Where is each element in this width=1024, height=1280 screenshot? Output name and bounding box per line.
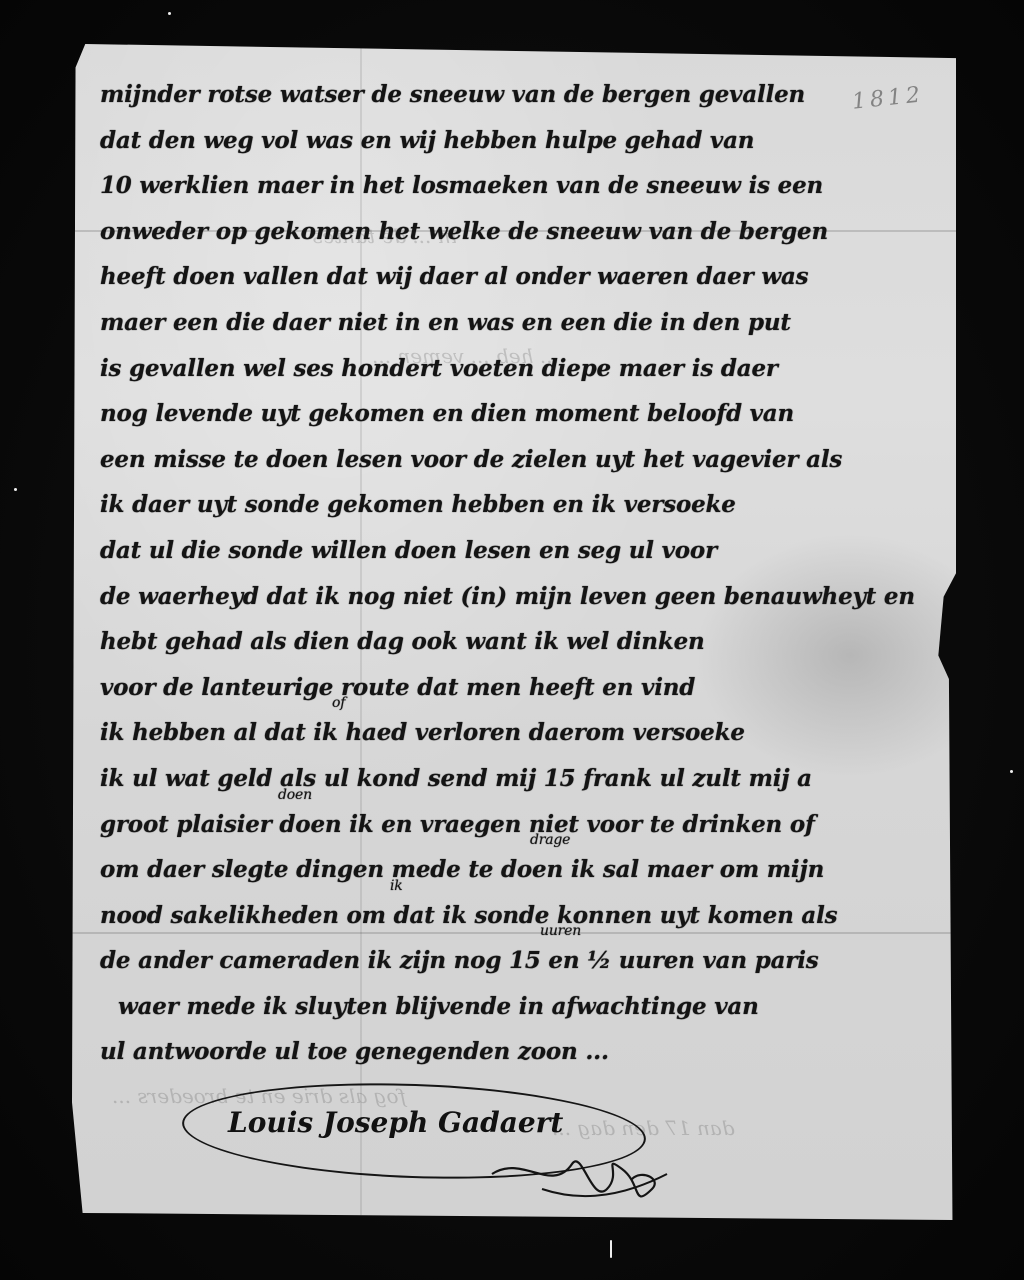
letter-body: mijnder rotse watser de sneeuw van de be… [100, 72, 880, 1075]
letter-paper: fog als drie en te broeders ... dan 17 d… [72, 44, 956, 1220]
dust-speck [610, 1240, 612, 1258]
signature-paraph-icon [482, 1134, 672, 1214]
letter-line: ul antwoorde ul toe genegenden zoon ... [100, 1029, 880, 1075]
letter-line: ik nood sakelikheden om dat ik sonde kon… [100, 893, 880, 939]
letter-line: maer een die daer niet in en was en een … [100, 300, 880, 346]
letter-line: of ik hebben al dat ik haed verloren dae… [100, 710, 880, 756]
letter-line: waer mede ik sluyten blijvende in afwach… [100, 984, 880, 1030]
letter-line: uuren de ander cameraden ik zijn nog 15 … [100, 938, 880, 984]
letter-line: voor de lanteurige route dat men heeft e… [100, 665, 880, 711]
interlinear-insertion: uuren [540, 924, 581, 938]
signature: Louis Joseph Gadaert [182, 1084, 652, 1204]
letter-line: onweder op gekomen het welke de sneeuw v… [100, 209, 880, 255]
letter-line: hebt gehad als dien dag ook want ik wel … [100, 619, 880, 665]
letter-line: doen groot plaisier doen ik en vraegen n… [100, 802, 880, 848]
letter-line: dat den weg vol was en wij hebben hulpe … [100, 118, 880, 164]
letter-line: is gevallen wel ses hondert voeten diepe… [100, 346, 880, 392]
letter-line: drage om daer slegte dingen mede te doen… [100, 847, 880, 893]
dust-speck [168, 12, 171, 15]
interlinear-insertion: drage [530, 833, 570, 847]
interlinear-insertion: of [332, 696, 345, 710]
letter-line: ik ul wat geld als ul kond send mij 15 f… [100, 756, 880, 802]
letter-line: heeft doen vallen dat wij daer al onder … [100, 254, 880, 300]
letter-line: nog levende uyt gekomen en dien moment b… [100, 391, 880, 437]
letter-line: ik daer uyt sonde gekomen hebben en ik v… [100, 482, 880, 528]
interlinear-insertion: ik [390, 879, 403, 893]
dust-speck [14, 488, 17, 491]
letter-line: dat ul die sonde willen doen lesen en se… [100, 528, 880, 574]
dust-speck [1010, 770, 1013, 773]
letter-line: de waerheyd dat ik nog niet (in) mijn le… [100, 574, 880, 620]
interlinear-insertion: doen [278, 788, 312, 802]
letter-line: mijnder rotse watser de sneeuw van de be… [100, 72, 880, 118]
scanned-document-view: fog als drie en te broeders ... dan 17 d… [0, 0, 1024, 1280]
letter-line: een misse te doen lesen voor de zielen u… [100, 437, 880, 483]
letter-line: 10 werklien maer in het losmaeken van de… [100, 163, 880, 209]
